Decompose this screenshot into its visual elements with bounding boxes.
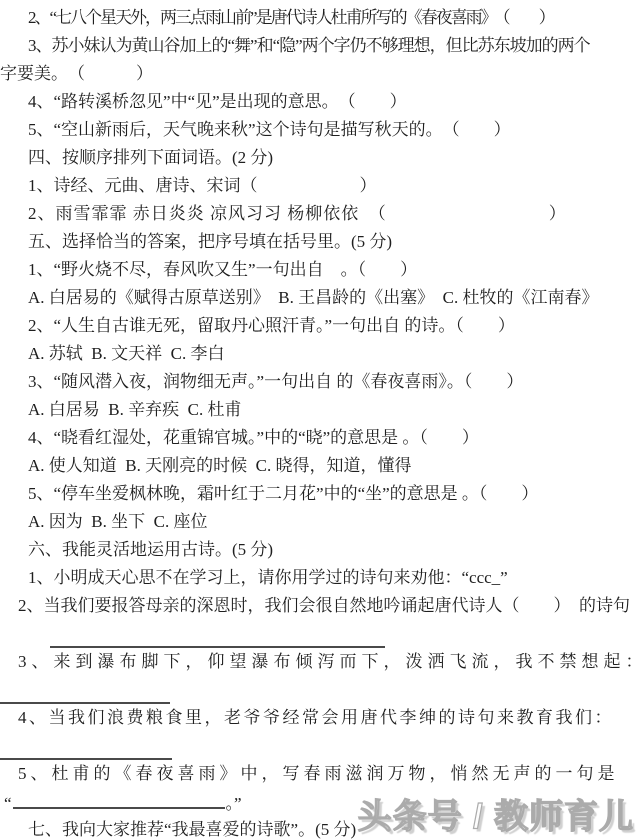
answer-blank	[50, 624, 385, 648]
apply-5-answer-blank: “。”	[0, 788, 636, 816]
close-punctuation: 。”	[226, 794, 242, 813]
choice-1-options: A. 白居易的《赋得古原草送别》 B. 王昌龄的《出塞》 C. 杜牧的《江南春》	[0, 284, 636, 312]
section-4-item-2: 2、雨雪霏霏 赤日炎炎 凉风习习 杨柳依依 （ ）	[0, 200, 636, 228]
question-4-judge: 4、“路转溪桥忽见”中“见”是出现的意思。 （ ）	[0, 88, 636, 116]
choice-3-options: A. 白居易 B. 辛弃疾 C. 杜甫	[0, 396, 636, 424]
choice-5-stem: 5、“停车坐爱枫林晚，霜叶红于二月花”中的“坐”的意思是 。（ ）	[0, 480, 636, 508]
answer-blank	[0, 736, 172, 760]
open-quote: “	[4, 794, 12, 813]
question-2-judge: 2、“七八个星天外，两三点雨山前”是唐代诗人杜甫所写的《春夜喜雨》 （ ）	[0, 4, 636, 32]
apply-2: 2、当我们要报答母亲的深恩时，我们会很自然地吟诵起唐代诗人（ ） 的诗句	[0, 592, 636, 620]
apply-3-answer-blank	[0, 676, 636, 704]
choice-4-stem: 4、“晓看红湿处，花重锦官城。”中的“晓”的意思是 。（ ）	[0, 424, 636, 452]
section-6-header: 六、我能灵活地运用古诗。(5 分)	[0, 536, 636, 564]
answer-blank	[13, 788, 225, 809]
apply-4: 4、当我们浪费粮食里，老爷爷经常会用唐代李绅的诗句来教育我们：	[0, 704, 636, 732]
apply-3: 3、来到瀑布脚下，仰望瀑布倾泻而下，泼洒飞流，我不禁想起：	[0, 648, 636, 676]
apply-4-answer-blank	[0, 732, 636, 760]
choice-4-options: A. 使人知道 B. 天刚亮的时候 C. 晓得，知道，懂得	[0, 452, 636, 480]
section-4-item-1: 1、诗经、元曲、唐诗、宋词（ ）	[0, 172, 636, 200]
document-body: 2、“七八个星天外，两三点雨山前”是唐代诗人杜甫所写的《春夜喜雨》 （ ）3、苏…	[0, 4, 636, 840]
exam-paper-page: 2、“七八个星天外，两三点雨山前”是唐代诗人杜甫所写的《春夜喜雨》 （ ）3、苏…	[0, 0, 636, 840]
question-3-judge: 3、苏小妹认为黄山谷加上的“舞”和“隐”两个字仍不够理想，但比苏东坡加的两个	[0, 32, 636, 60]
answer-blank	[0, 680, 170, 704]
choice-1-stem: 1、“野火烧不尽，春风吹又生”一句出自 。（ ）	[0, 256, 636, 284]
section-7-header: 七、我向大家推荐“我最喜爱的诗歌”。(5 分)	[0, 816, 636, 840]
choice-2-options: A. 苏轼 B. 文天祥 C. 李白	[0, 340, 636, 368]
section-5-header: 五、选择恰当的答案，把序号填在括号里。(5 分)	[0, 228, 636, 256]
choice-2-stem: 2、“人生自古谁无死，留取丹心照汗青。”一句出自 的诗。（ ）	[0, 312, 636, 340]
apply-5: 5、杜甫的《春夜喜雨》中，写春雨滋润万物，悄然无声的一句是	[0, 760, 636, 788]
question-5-judge: 5、“空山新雨后，天气晚来秋”这个诗句是描写秋天的。 （ ）	[0, 116, 636, 144]
apply-1: 1、小明成天心思不在学习上，请你用学过的诗句来劝他：“ccc_”	[0, 564, 636, 592]
apply-2-answer-blank	[0, 620, 636, 648]
section-4-header: 四、按顺序排列下面词语。(2 分)	[0, 144, 636, 172]
choice-3-stem: 3、“随风潜入夜，润物细无声。”一句出自 的《春夜喜雨》。（ ）	[0, 368, 636, 396]
choice-5-options: A. 因为 B. 坐下 C. 座位	[0, 508, 636, 536]
question-3-judge-cont: 字要美。 （ ）	[0, 60, 636, 88]
